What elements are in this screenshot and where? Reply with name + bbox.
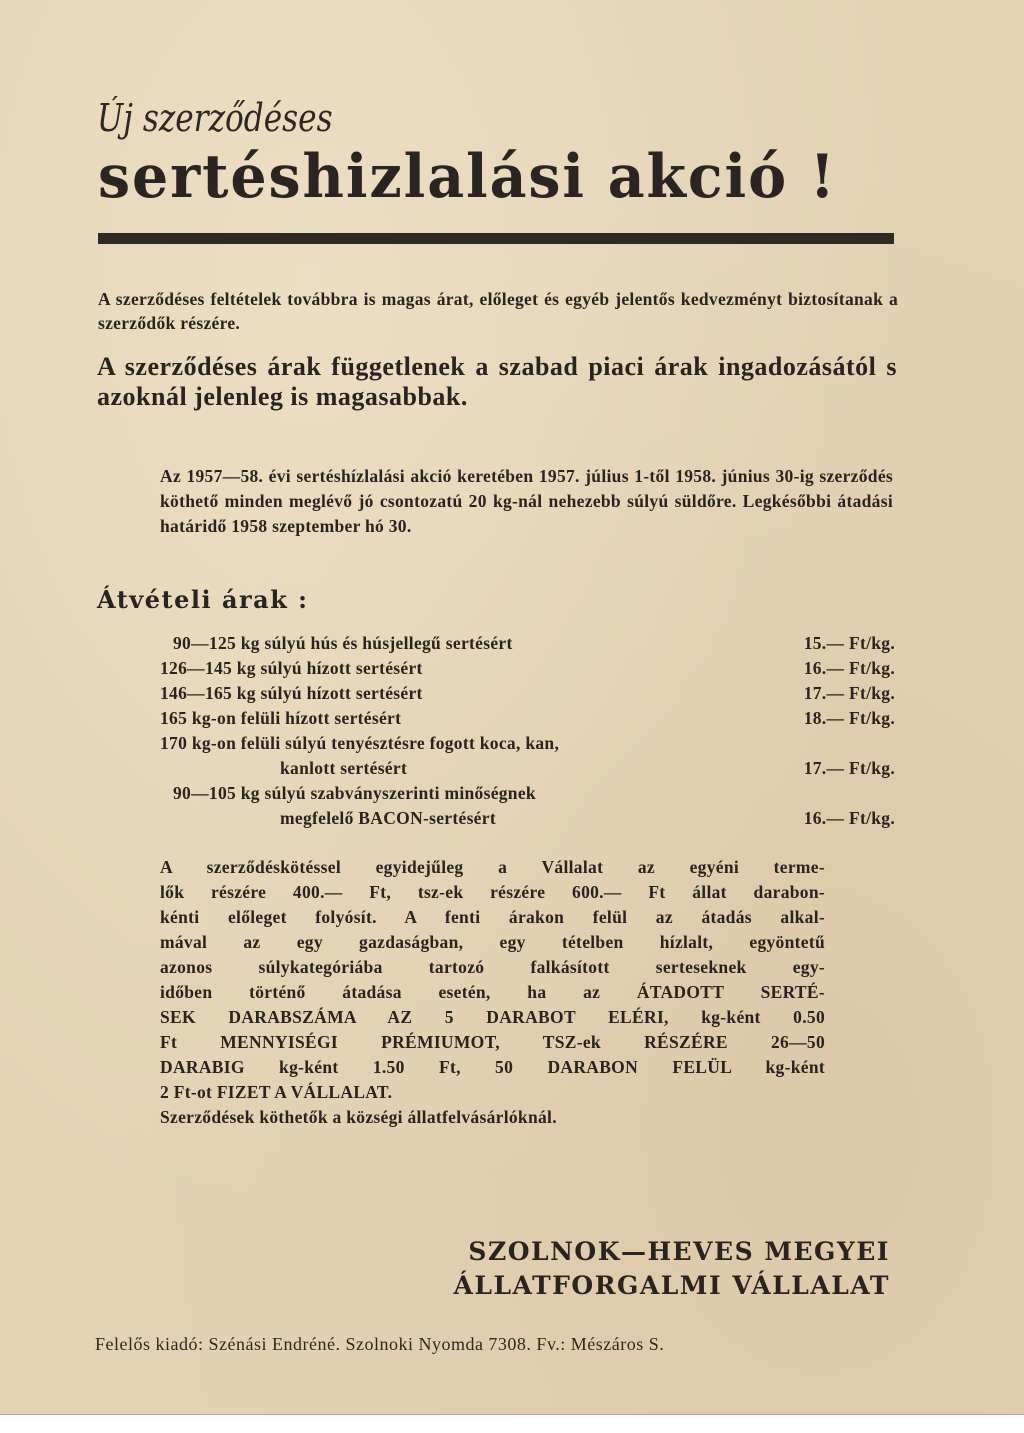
closing-line: Szerződések köthetők a községi állatfelv… (160, 1105, 825, 1130)
body-line: időben történő átadása esetén, ha az ÁTA… (160, 980, 825, 1005)
body-line: A szerződéskötéssel egyidejűleg a Vállal… (160, 855, 825, 880)
flyer-page: Új szerződéses sertéshizlalási akció ! A… (0, 0, 1024, 1415)
price-description: 90—105 kg súlyú szabványszerinti minőség… (173, 783, 536, 804)
body-line: azonos súlykategóriába tartozó falkásíto… (160, 955, 825, 980)
body-line: lők részére 400.— Ft, tsz-ek részére 600… (160, 880, 825, 905)
price-row-first-line: 90—105 kg súlyú szabványszerinti minőség… (160, 783, 895, 808)
price-row-first-line: 170 kg-on felüli súlyú tenyésztésre fogo… (160, 733, 895, 758)
price-row: 126—145 kg súlyú hízott sertésért 16.— F… (160, 658, 895, 683)
price-description: 170 kg-on felüli súlyú tenyésztésre fogo… (160, 733, 559, 754)
intro-paragraph: A szerződéses feltételek továbbra is mag… (98, 287, 898, 335)
price-value: 17.— Ft/kg. (804, 683, 895, 704)
price-description: 165 kg-on felüli hízott sertésért (160, 708, 401, 729)
terms-paragraph: Az 1957—58. évi sertéshízlalási akció ke… (160, 464, 893, 539)
publisher-footer: Felelős kiadó: Szénási Endréné. Szolnoki… (95, 1334, 664, 1355)
body-line: Ft MENNYISÉGI PRÉMIUMOT, TSZ-ek RÉSZÉRE … (160, 1030, 825, 1055)
price-value: 18.— Ft/kg. (804, 708, 895, 729)
body-line: 2 Ft-ot FIZET A VÁLLALAT. (160, 1080, 825, 1105)
price-value: 16.— Ft/kg. (804, 808, 895, 829)
signature-line-2: ÁLLATFORGALMI VÁLLALAT (360, 1269, 890, 1303)
body-line: DARABIG kg-ként 1.50 Ft, 50 DARABON FELÜ… (160, 1055, 825, 1080)
price-value: 16.— Ft/kg. (804, 658, 895, 679)
price-description-continued: kanlott sertésért (280, 758, 407, 779)
body-line: kénti előleget folyósít. A fenti árakon … (160, 905, 825, 930)
price-description: 90—125 kg súlyú hús és húsjellegű sertés… (173, 633, 513, 654)
price-row: kanlott sertésért 17.— Ft/kg. (160, 758, 895, 783)
price-row: 165 kg-on felüli hízott sertésért 18.— F… (160, 708, 895, 733)
body-line: mával az egy gazdaságban, egy tételben h… (160, 930, 825, 955)
issuer-signature: SZOLNOK—HEVES MEGYEI ÁLLATFORGALMI VÁLLA… (360, 1235, 890, 1303)
signature-line-1: SZOLNOK—HEVES MEGYEI (360, 1235, 890, 1269)
price-row: megfelelő BACON-sertésért 16.— Ft/kg. (160, 808, 895, 833)
body-line: SEK DARABSZÁMA AZ 5 DARABOT ELÉRI, kg-ké… (160, 1005, 825, 1030)
price-row: 90—125 kg súlyú hús és húsjellegű sertés… (160, 633, 895, 658)
conditions-paragraph: A szerződéskötéssel egyidejűleg a Vállal… (160, 855, 825, 1130)
title-line-2: sertéshizlalási akció ! (98, 142, 837, 212)
title-rule-divider (98, 233, 894, 244)
title-line-1: Új szerződéses (97, 96, 333, 140)
price-description: 126—145 kg súlyú hízott sertésért (160, 658, 423, 679)
price-description: 146—165 kg súlyú hízott sertésért (160, 683, 423, 704)
highlight-paragraph: A szerződéses árak függetlenek a szabad … (97, 352, 897, 412)
price-description-continued: megfelelő BACON-sertésért (280, 808, 496, 829)
prices-heading: Átvételi árak : (97, 585, 309, 614)
price-value: 17.— Ft/kg. (804, 758, 895, 779)
price-list: 90—125 kg súlyú hús és húsjellegű sertés… (160, 633, 895, 833)
price-value: 15.— Ft/kg. (804, 633, 895, 654)
price-row: 146—165 kg súlyú hízott sertésért 17.— F… (160, 683, 895, 708)
